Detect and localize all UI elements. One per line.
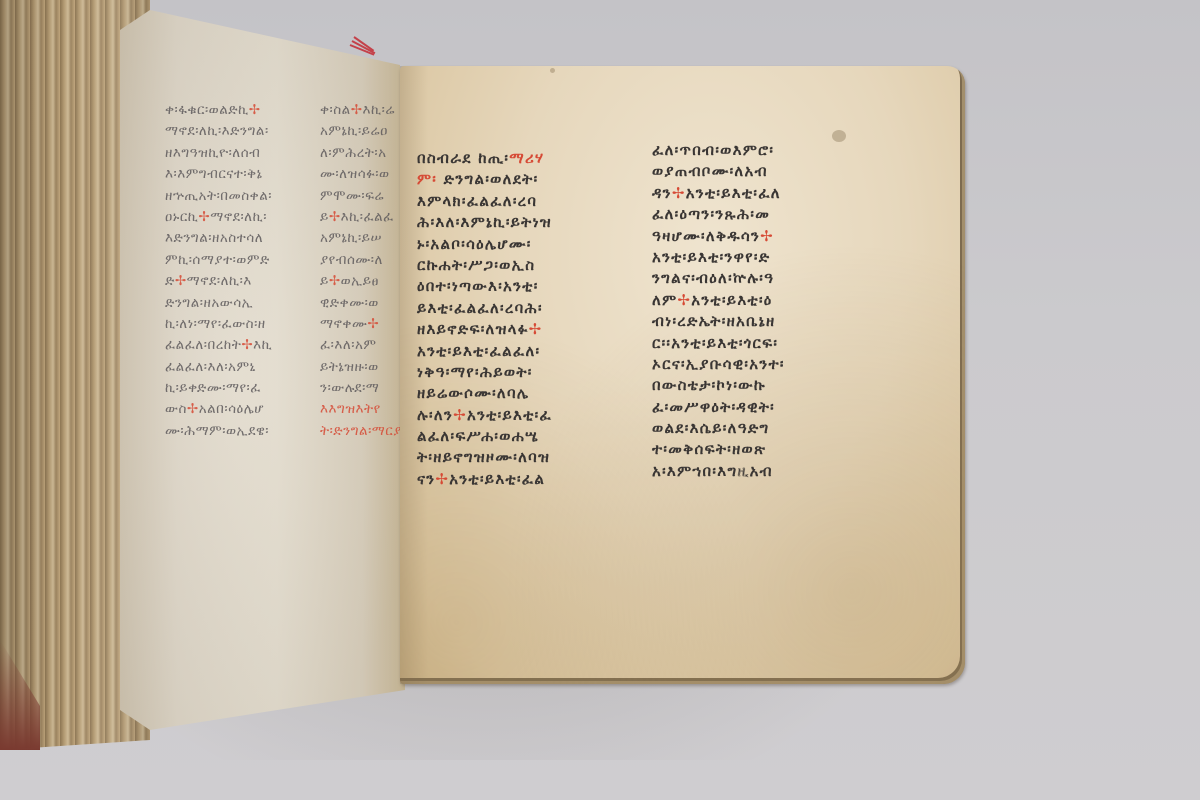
manuscript-line: ድ✢ማኖደ፡ለኪ፡እ (165, 271, 272, 292)
manuscript-line: እእግዝእትየ (320, 399, 405, 420)
line-text: ኦርና፡ኢያቡሳዊ፡አንተ፡ (652, 355, 785, 373)
line-text: ማኖደ፡ለኪ፡ (210, 209, 267, 225)
line-text: አንቲ፡ይእቲ፡ፈል (449, 470, 545, 488)
line-text: ር፡፡አንቲ፡ይእቲ፡ጎርፍ፡ (652, 334, 778, 352)
rubric-cross-icon: ✢ (351, 102, 363, 118)
line-text: ዘእግዓዝኪዮ፡ለሰብ (165, 145, 260, 161)
line-text: ቀ፡ፋቁር፡ወልድኪ (165, 102, 249, 118)
line-text: ኑ፡አልቦ፡ሳዕሌሆሙ፡ (417, 235, 532, 253)
manuscript-line: እ፡እምግብርናተ፡ቅኔ (165, 164, 272, 185)
rubric-cross-icon: ✢ (760, 227, 774, 245)
manuscript-line: ሙ፡ለዝሳፉ፡ወ (320, 164, 405, 185)
line-text: ፈልፈለ፡እለ፡አምኒ (165, 359, 256, 375)
manuscript-line: አምኔኪ፡ይሠ (320, 228, 405, 249)
line-text: አምኔኪ፡ይሬዐ (320, 123, 388, 139)
line-text: ፈለ፡ጥበብ፡ወእምሮ፡ (652, 141, 774, 159)
line-text: እ፡እምግብርናተ፡ቅኔ (165, 166, 262, 182)
line-text: ድንግል፡ወለደት፡ (437, 170, 538, 188)
line-text: አንቲ፡ይእቲ፡ዕ (691, 291, 772, 309)
manuscript-line: አምኔኪ፡ይሬዐ (320, 121, 405, 142)
line-text: ዘይሬውሶሙ፡ለባሌ (417, 384, 529, 402)
manuscript-line: ይትኔዝዙ፡ወ (320, 357, 405, 378)
manuscript-line: ወያጠብቦሙ፡ለአብ (652, 161, 785, 182)
line-text: አልበ፡ሳዕሌሆ (199, 401, 264, 417)
line-text: ት፡ዘይኖግዝዞሙ፡ለባዝ (417, 448, 550, 466)
line-text: ድንግል፡ዘአውሳኢ (165, 295, 253, 311)
manuscript-line: ፈለ፡ጥበብ፡ወእምሮ፡ (652, 140, 785, 161)
line-text: በውስቴታ፡ኮነ፡ውኩ (652, 376, 766, 394)
manuscript-line: አ፡እምኀበ፡እግዚአብ (652, 461, 785, 482)
manuscript-line: ምኪ፡ሰማያተ፡ወምድ (165, 250, 272, 271)
manuscript-line: አንቲ፡ይእቲ፡ፈልፈለ፡ (417, 341, 552, 362)
line-text: ፈ፡መሥዋዕት፡ዳዊት፡ (652, 398, 775, 416)
line-text: አምኔኪ፡ይሠ (320, 230, 382, 246)
rubric-cross-icon: ✢ (677, 291, 691, 309)
line-text: አንቲ፡ይእቲ፡ፈልፈለ፡ (417, 342, 540, 360)
manuscript-line: ለም✢አንቲ፡ይእቲ፡ዕ (652, 290, 785, 311)
manuscript-line: በስብራደ ከጢ፡ማሪሃ (417, 148, 552, 169)
line-text: አንቲ፡ይእቲ፡ንዋየ፡ድ (652, 248, 770, 266)
line-text: እድንግል፡ዘአስተሳለ (165, 230, 263, 246)
manuscript-line: ዊድቀሙ፡ወ (320, 293, 405, 314)
rubric-cross-icon: ✢ (672, 184, 686, 202)
line-text: ዕበተ፡ነጣውእ፡አንቲ፡ (417, 277, 539, 295)
manuscript-line: ነቅዓ፡ማየ፡ሕይወት፡ (417, 362, 552, 383)
rubric-cross-icon: ✢ (329, 273, 341, 289)
line-text: ወያጠብቦሙ፡ለአብ (652, 162, 768, 180)
line-text: እኪ፡ፈልፈ (341, 209, 394, 225)
line-text: ኪ፡ለነ፡ማየ፡ፈውስ፡ዘ (165, 316, 266, 332)
manuscript-line: እድንግል፡ዘአስተሳለ (165, 228, 272, 249)
manuscript-line: ማኖቀሙ✢ (320, 314, 405, 335)
right-page-column-1: በስብራደ ከጢ፡ማሪሃም፡ ድንግል፡ወለደት፡እምላክ፡ፈልፈለ፡ረባሕ፡እ… (417, 148, 552, 490)
line-text: እኪ (253, 337, 272, 353)
rubric-cross-icon: ✢ (367, 316, 379, 332)
manuscript-line: ቀ፡ፋቁር፡ወልድኪ✢ (165, 100, 272, 121)
rubric-cross-icon: ✢ (241, 337, 253, 353)
manuscript-line: ውስ✢አልበ፡ሳዕሌሆ (165, 399, 272, 420)
line-text: ሙ፡ሕማም፡ወኢደዌ፡ (165, 423, 269, 439)
line-text: ተ፡መቅሰፍት፡ዘወጽ (652, 440, 766, 458)
manuscript-line: ሕ፡እለ፡እምኔኪ፡ይትነዝ (417, 212, 552, 233)
ink-stain (832, 130, 846, 142)
rubric-cross-icon: ✢ (435, 470, 449, 488)
rubric-text: ም፡ (417, 170, 437, 188)
left-page-column-1: ቀ፡ፋቁር፡ወልድኪ✢ማኖደ፡ለኪ፡እድንግል፡ዘእግዓዝኪዮ፡ለሰብእ፡እምግ… (165, 100, 272, 442)
line-text: ቀ፡ስል (320, 102, 351, 118)
line-text: ናን (417, 470, 435, 488)
line-text: ዐኑርኪ (165, 209, 198, 225)
line-text: ዘኍጢአት፡በመስቀል፡ (165, 188, 272, 204)
manuscript-line: ለ፡ምሕረት፡አ (320, 143, 405, 164)
rubric-cross-icon: ✢ (198, 209, 210, 225)
line-text: በስብራደ ከጢ፡ (417, 149, 509, 167)
line-text: ፈለ፡ዕጣን፡ንጹሕ፡መ (652, 205, 770, 223)
line-text: ማኖደ፡ለኪ፡እድንግል፡ (165, 123, 269, 139)
line-text: ምኪ፡ሰማያተ፡ወምድ (165, 252, 270, 268)
line-text: አ፡እምኀበ፡እግዚአብ (652, 462, 773, 480)
manuscript-line: ም፡ ድንግል፡ወለደት፡ (417, 169, 552, 190)
line-text: ውስ (165, 401, 187, 417)
manuscript-line: ዳን✢አንቲ፡ይእቲ፡ፈለ (652, 183, 785, 204)
line-text: ሕ፡እለ፡እምኔኪ፡ይትነዝ (417, 213, 552, 231)
manuscript-line: ኪ፡ለነ፡ማየ፡ፈውስ፡ዘ (165, 314, 272, 335)
line-text: ዳን (652, 184, 672, 202)
line-text: ን፡ውሉደ፡ማ (320, 380, 379, 396)
rubric-text: ማሪሃ (509, 149, 544, 167)
line-text: ይ (320, 273, 329, 289)
line-text: አንቲ፡ይእቲ፡ፈለ (686, 184, 781, 202)
line-text: ያየብሰሙ፡ለ (320, 252, 383, 268)
manuscript-line: ፈልፈለ፡እለ፡አምኒ (165, 357, 272, 378)
line-text: ኪ፡ይቀድሙ፡ማየ፡ፈ (165, 380, 261, 396)
manuscript-line: ዓዛሆሙ፡ለቅዱሳን✢ (652, 226, 785, 247)
manuscript-line: ይ✢እኪ፡ፈልፈ (320, 207, 405, 228)
line-text: ወልደ፡እሴይ፡ለዓድግ (652, 419, 770, 437)
line-text: ሙ፡ለዝሳፉ፡ወ (320, 166, 390, 182)
line-text: ሉ፡ለን (417, 406, 453, 424)
manuscript-line: ቀ፡ስል✢እኪ፡ሬ (320, 100, 405, 121)
manuscript-line: ወልደ፡እሴይ፡ለዓድግ (652, 418, 785, 439)
manuscript-line: ፈለ፡ዕጣን፡ንጹሕ፡መ (652, 204, 785, 225)
right-page-column-2: ፈለ፡ጥበብ፡ወእምሮ፡ወያጠብቦሙ፡ለአብዳን✢አንቲ፡ይእቲ፡ፈለፈለ፡ዕጣ… (652, 140, 785, 482)
manuscript-line: ኦርና፡ኢያቡሳዊ፡አንተ፡ (652, 354, 785, 375)
manuscript-line: ርኩሐት፡ሥጋ፡ወኢስ (417, 255, 552, 276)
line-text: ነቅዓ፡ማየ፡ሕይወት፡ (417, 363, 533, 381)
line-text: አንቲ፡ይእቲ፡ፈ (467, 406, 552, 424)
rubric-cross-icon: ✢ (453, 406, 467, 424)
manuscript-line: ያየብሰሙ፡ለ (320, 250, 405, 271)
manuscript-line: ኑ፡አልቦ፡ሳዕሌሆሙ፡ (417, 234, 552, 255)
manuscript-line: ሙ፡ሕማም፡ወኢደዌ፡ (165, 421, 272, 442)
line-text: ይ (320, 209, 329, 225)
manuscript-line: ት፡ድንግል፡ማርያ (320, 421, 405, 442)
manuscript-line: ን፡ውሉደ፡ማ (320, 378, 405, 399)
manuscript-line: ልፈለ፡ፍሥሐ፡ወሐሤ (417, 426, 552, 447)
red-thread-bookmark-icon (350, 32, 380, 52)
line-text: ልፈለ፡ፍሥሐ፡ወሐሤ (417, 427, 539, 445)
line-text: ፈ፡እለ፡አም (320, 337, 376, 353)
rubric-cross-icon: ✢ (329, 209, 341, 225)
line-text: ይእቲ፡ፈልፈለ፡ረባሕ፡ (417, 299, 543, 317)
manuscript-line: ይ✢ወኢይፀ (320, 271, 405, 292)
line-text: ንግልና፡ብዕለ፡ኵሉ፡ዓ (652, 269, 774, 287)
manuscript-line: ዘእይኖድፍ፡ለዝላፉ✢ (417, 319, 552, 340)
line-text: ምሞሙ፡ፍሬ (320, 188, 384, 204)
rubric-cross-icon: ✢ (249, 102, 261, 118)
manuscript-line: ሉ፡ለን✢አንቲ፡ይእቲ፡ፈ (417, 405, 552, 426)
line-text: ት፡ድንግል፡ማርያ (320, 423, 402, 439)
line-text: እምላክ፡ፈልፈለ፡ረባ (417, 192, 537, 210)
manuscript-line: ር፡፡አንቲ፡ይእቲ፡ጎርፍ፡ (652, 333, 785, 354)
ink-stain (550, 68, 555, 73)
manuscript-line: ናን✢አንቲ፡ይእቲ፡ፈል (417, 469, 552, 490)
line-text: እእግዝእትየ (320, 401, 381, 417)
manuscript-line: በውስቴታ፡ኮነ፡ውኩ (652, 375, 785, 396)
manuscript-line: ተ፡መቅሰፍት፡ዘወጽ (652, 439, 785, 460)
line-text: ማኖቀሙ (320, 316, 367, 332)
line-text: ዘእይኖድፍ፡ለዝላፉ (417, 320, 529, 338)
line-text: ፈልፈለ፡በረከት (165, 337, 241, 353)
rubric-cross-icon: ✢ (187, 401, 199, 417)
manuscript-line: ፈልፈለ፡በረከት✢እኪ (165, 335, 272, 356)
line-text: ለም (652, 291, 677, 309)
line-text: እኪ፡ሬ (363, 102, 395, 118)
manuscript-line: ፈ፡እለ፡አም (320, 335, 405, 356)
manuscript-line: ኪ፡ይቀድሙ፡ማየ፡ፈ (165, 378, 272, 399)
rubric-cross-icon: ✢ (175, 273, 187, 289)
line-text: ለ፡ምሕረት፡አ (320, 145, 387, 161)
manuscript-line: እምላክ፡ፈልፈለ፡ረባ (417, 191, 552, 212)
rubric-cross-icon: ✢ (529, 320, 543, 338)
manuscript-line: ንግልና፡ብዕለ፡ኵሉ፡ዓ (652, 268, 785, 289)
manuscript-line: ይእቲ፡ፈልፈለ፡ረባሕ፡ (417, 298, 552, 319)
line-text: ይትኔዝዙ፡ወ (320, 359, 379, 375)
manuscript-line: ምሞሙ፡ፍሬ (320, 186, 405, 207)
line-text: ዊድቀሙ፡ወ (320, 295, 379, 311)
line-text: ማኖደ፡ለኪ፡እ (187, 273, 252, 289)
line-text: ብነ፡ረድኤት፡ዘአቤኔዘ (652, 312, 775, 330)
line-text: ድ (165, 273, 175, 289)
manuscript-line: ዐኑርኪ✢ማኖደ፡ለኪ፡ (165, 207, 272, 228)
line-text: ዓዛሆሙ፡ለቅዱሳን (652, 227, 760, 245)
line-text: ወኢይፀ (341, 273, 379, 289)
left-page-column-2: ቀ፡ስል✢እኪ፡ሬአምኔኪ፡ይሬዐለ፡ምሕረት፡አሙ፡ለዝሳፉ፡ወምሞሙ፡ፍሬይ… (320, 100, 405, 442)
manuscript-line: ዘእግዓዝኪዮ፡ለሰብ (165, 143, 272, 164)
manuscript-line: አንቲ፡ይእቲ፡ንዋየ፡ድ (652, 247, 785, 268)
manuscript-line: ዘይሬውሶሙ፡ለባሌ (417, 383, 552, 404)
manuscript-line: ዕበተ፡ነጣውእ፡አንቲ፡ (417, 276, 552, 297)
line-text: ርኩሐት፡ሥጋ፡ወኢስ (417, 256, 535, 274)
manuscript-line: ድንግል፡ዘአውሳኢ (165, 293, 272, 314)
manuscript-line: ፈ፡መሥዋዕት፡ዳዊት፡ (652, 397, 785, 418)
manuscript-line: ማኖደ፡ለኪ፡እድንግል፡ (165, 121, 272, 142)
manuscript-line: ዘኍጢአት፡በመስቀል፡ (165, 186, 272, 207)
manuscript-line: ት፡ዘይኖግዝዞሙ፡ለባዝ (417, 447, 552, 468)
manuscript-line: ብነ፡ረድኤት፡ዘአቤኔዘ (652, 311, 785, 332)
